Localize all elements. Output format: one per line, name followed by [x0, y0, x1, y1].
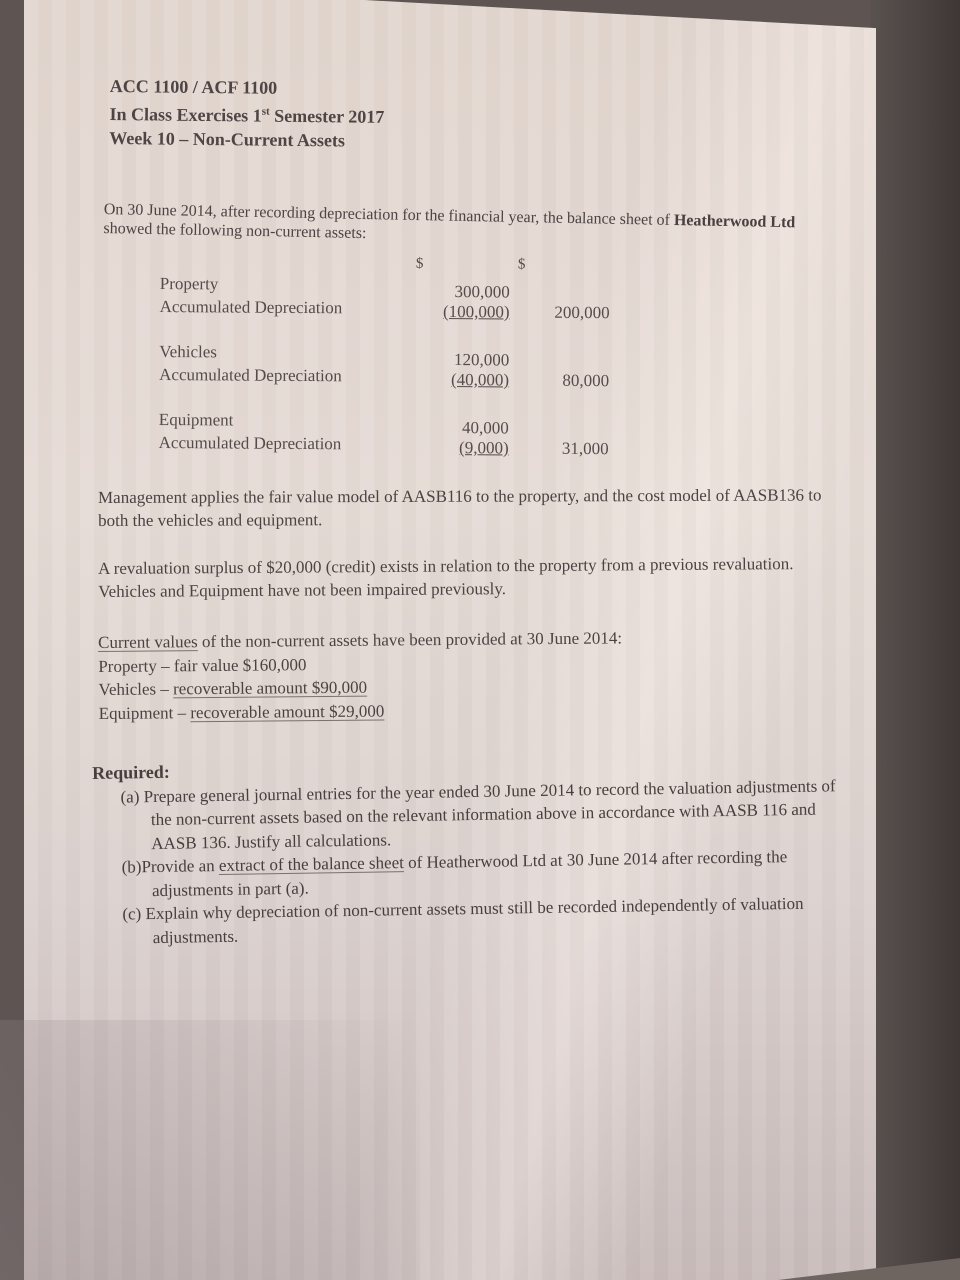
asset-group-vehicles: Vehicles 120,000 Accumulated Depreciatio…: [159, 340, 629, 389]
asset-group-equipment: Equipment 40,000 Accumulated Depreciatio…: [159, 408, 629, 457]
company-name: Heatherwood Ltd: [674, 212, 796, 231]
table-row: Property 300,000: [160, 272, 630, 298]
table-row: Vehicles 120,000: [159, 340, 629, 366]
intro-paragraph: On 30 June 2014, after recording depreci…: [103, 200, 816, 252]
week-title: Week 10 – Non-Current Assets: [109, 126, 384, 153]
valuation-models-paragraph: Management applies the fair value model …: [98, 483, 828, 532]
balance-sheet-table: $ $ Property 300,000 Accumulated Depreci…: [158, 254, 630, 479]
required-item-a: (a) Prepare general journal entries for …: [92, 774, 838, 856]
column-header-cost: $: [416, 256, 424, 273]
document-content: ACC 1100 / ACF 1100 In Class Exercises 1…: [0, 0, 960, 1280]
course-code: ACC 1100 / ACF 1100: [110, 74, 385, 101]
current-values-section: Current values of the non-current assets…: [98, 625, 829, 725]
table-row: Accumulated Depreciation (100,000) 200,0…: [160, 295, 630, 321]
asset-group-property: Property 300,000 Accumulated Depreciatio…: [160, 272, 630, 321]
table-row: Accumulated Depreciation (40,000) 80,000: [159, 363, 629, 389]
required-section: Required: (a) Prepare general journal en…: [92, 750, 840, 950]
table-row: Equipment 40,000: [159, 408, 629, 434]
exercise-title: In Class Exercises 1st Semester 2017: [109, 98, 384, 129]
column-header-carrying: $: [518, 256, 526, 273]
table-row: Accumulated Depreciation (9,000) 31,000: [159, 431, 629, 457]
revaluation-surplus-paragraph: A revaluation surplus of $20,000 (credit…: [98, 552, 828, 603]
document-header: ACC 1100 / ACF 1100 In Class Exercises 1…: [109, 74, 385, 153]
